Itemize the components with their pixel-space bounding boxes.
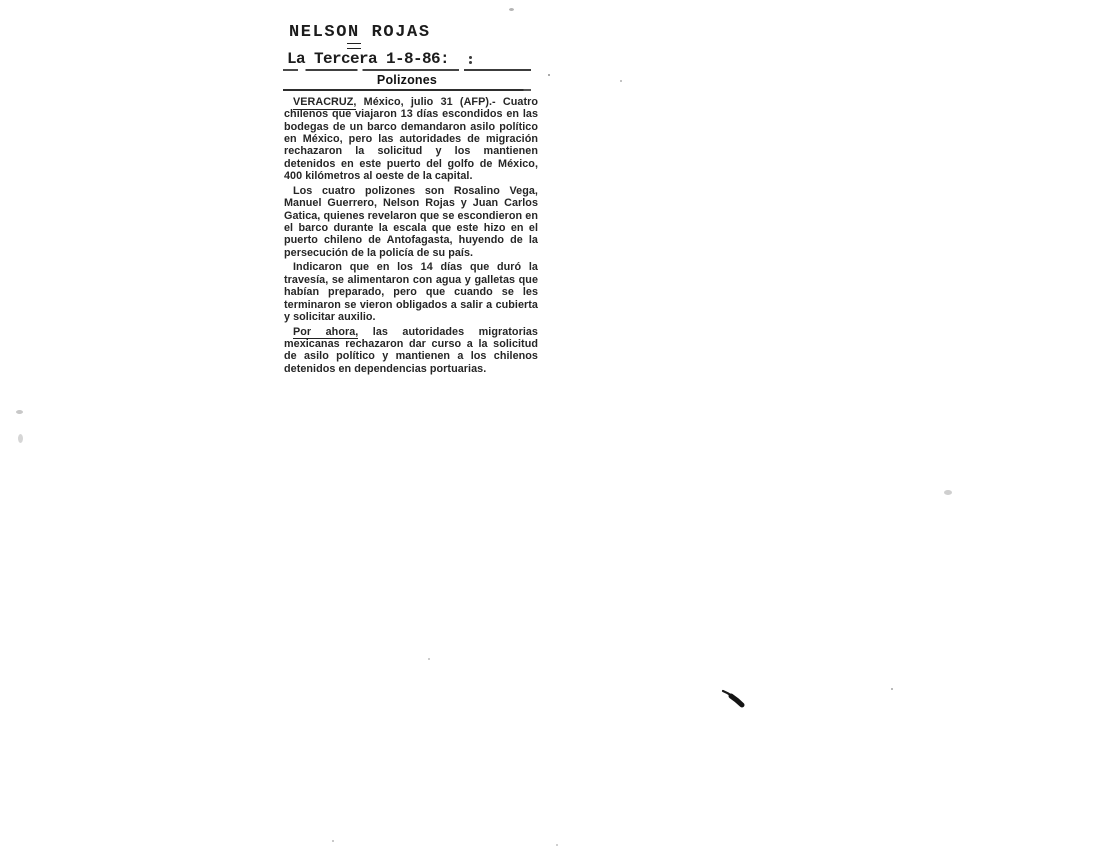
scan-speck bbox=[469, 56, 472, 59]
typed-underline-mark bbox=[347, 43, 361, 49]
scan-speck bbox=[509, 8, 514, 11]
scan-speck bbox=[18, 434, 23, 443]
scanned-page: NELSON ROJAS La Tercera 1-8-86: Polizone… bbox=[0, 0, 1100, 850]
scan-speck bbox=[16, 410, 23, 414]
article-paragraph: Indicaron que en los 14 días que duró la… bbox=[284, 261, 538, 323]
scan-speck bbox=[428, 658, 430, 660]
paragraph-text: Indicaron que en los 14 días que duró la… bbox=[284, 261, 538, 322]
ink-mark bbox=[715, 683, 755, 713]
paragraph-text: Los cuatro polizones son Rosalino Vega, … bbox=[284, 185, 538, 259]
article-paragraph: VERACRUZ, México, julio 31 (AFP).- Cuatr… bbox=[284, 96, 538, 182]
scan-speck bbox=[891, 688, 893, 690]
scan-speck bbox=[469, 61, 472, 64]
article-body: VERACRUZ, México, julio 31 (AFP).- Cuatr… bbox=[284, 96, 538, 378]
scan-speck bbox=[620, 80, 622, 82]
scan-speck bbox=[332, 840, 334, 842]
scan-speck bbox=[944, 490, 952, 495]
scan-speck bbox=[556, 844, 558, 846]
article-paragraph: Por ahora, las autoridades migratorias m… bbox=[284, 326, 538, 375]
headline-bottom-rule bbox=[283, 89, 531, 91]
annotation-name: NELSON ROJAS bbox=[289, 23, 431, 42]
annotation-source-date: La Tercera 1-8-86: bbox=[287, 50, 449, 68]
paragraph-text: México, julio 31 (AFP).- Cuatro chilenos… bbox=[284, 96, 538, 182]
article-headline: Polizones bbox=[283, 73, 531, 87]
scan-speck bbox=[548, 74, 550, 76]
headline-top-rule bbox=[283, 69, 531, 71]
article-paragraph: Los cuatro polizones son Rosalino Vega, … bbox=[284, 185, 538, 259]
